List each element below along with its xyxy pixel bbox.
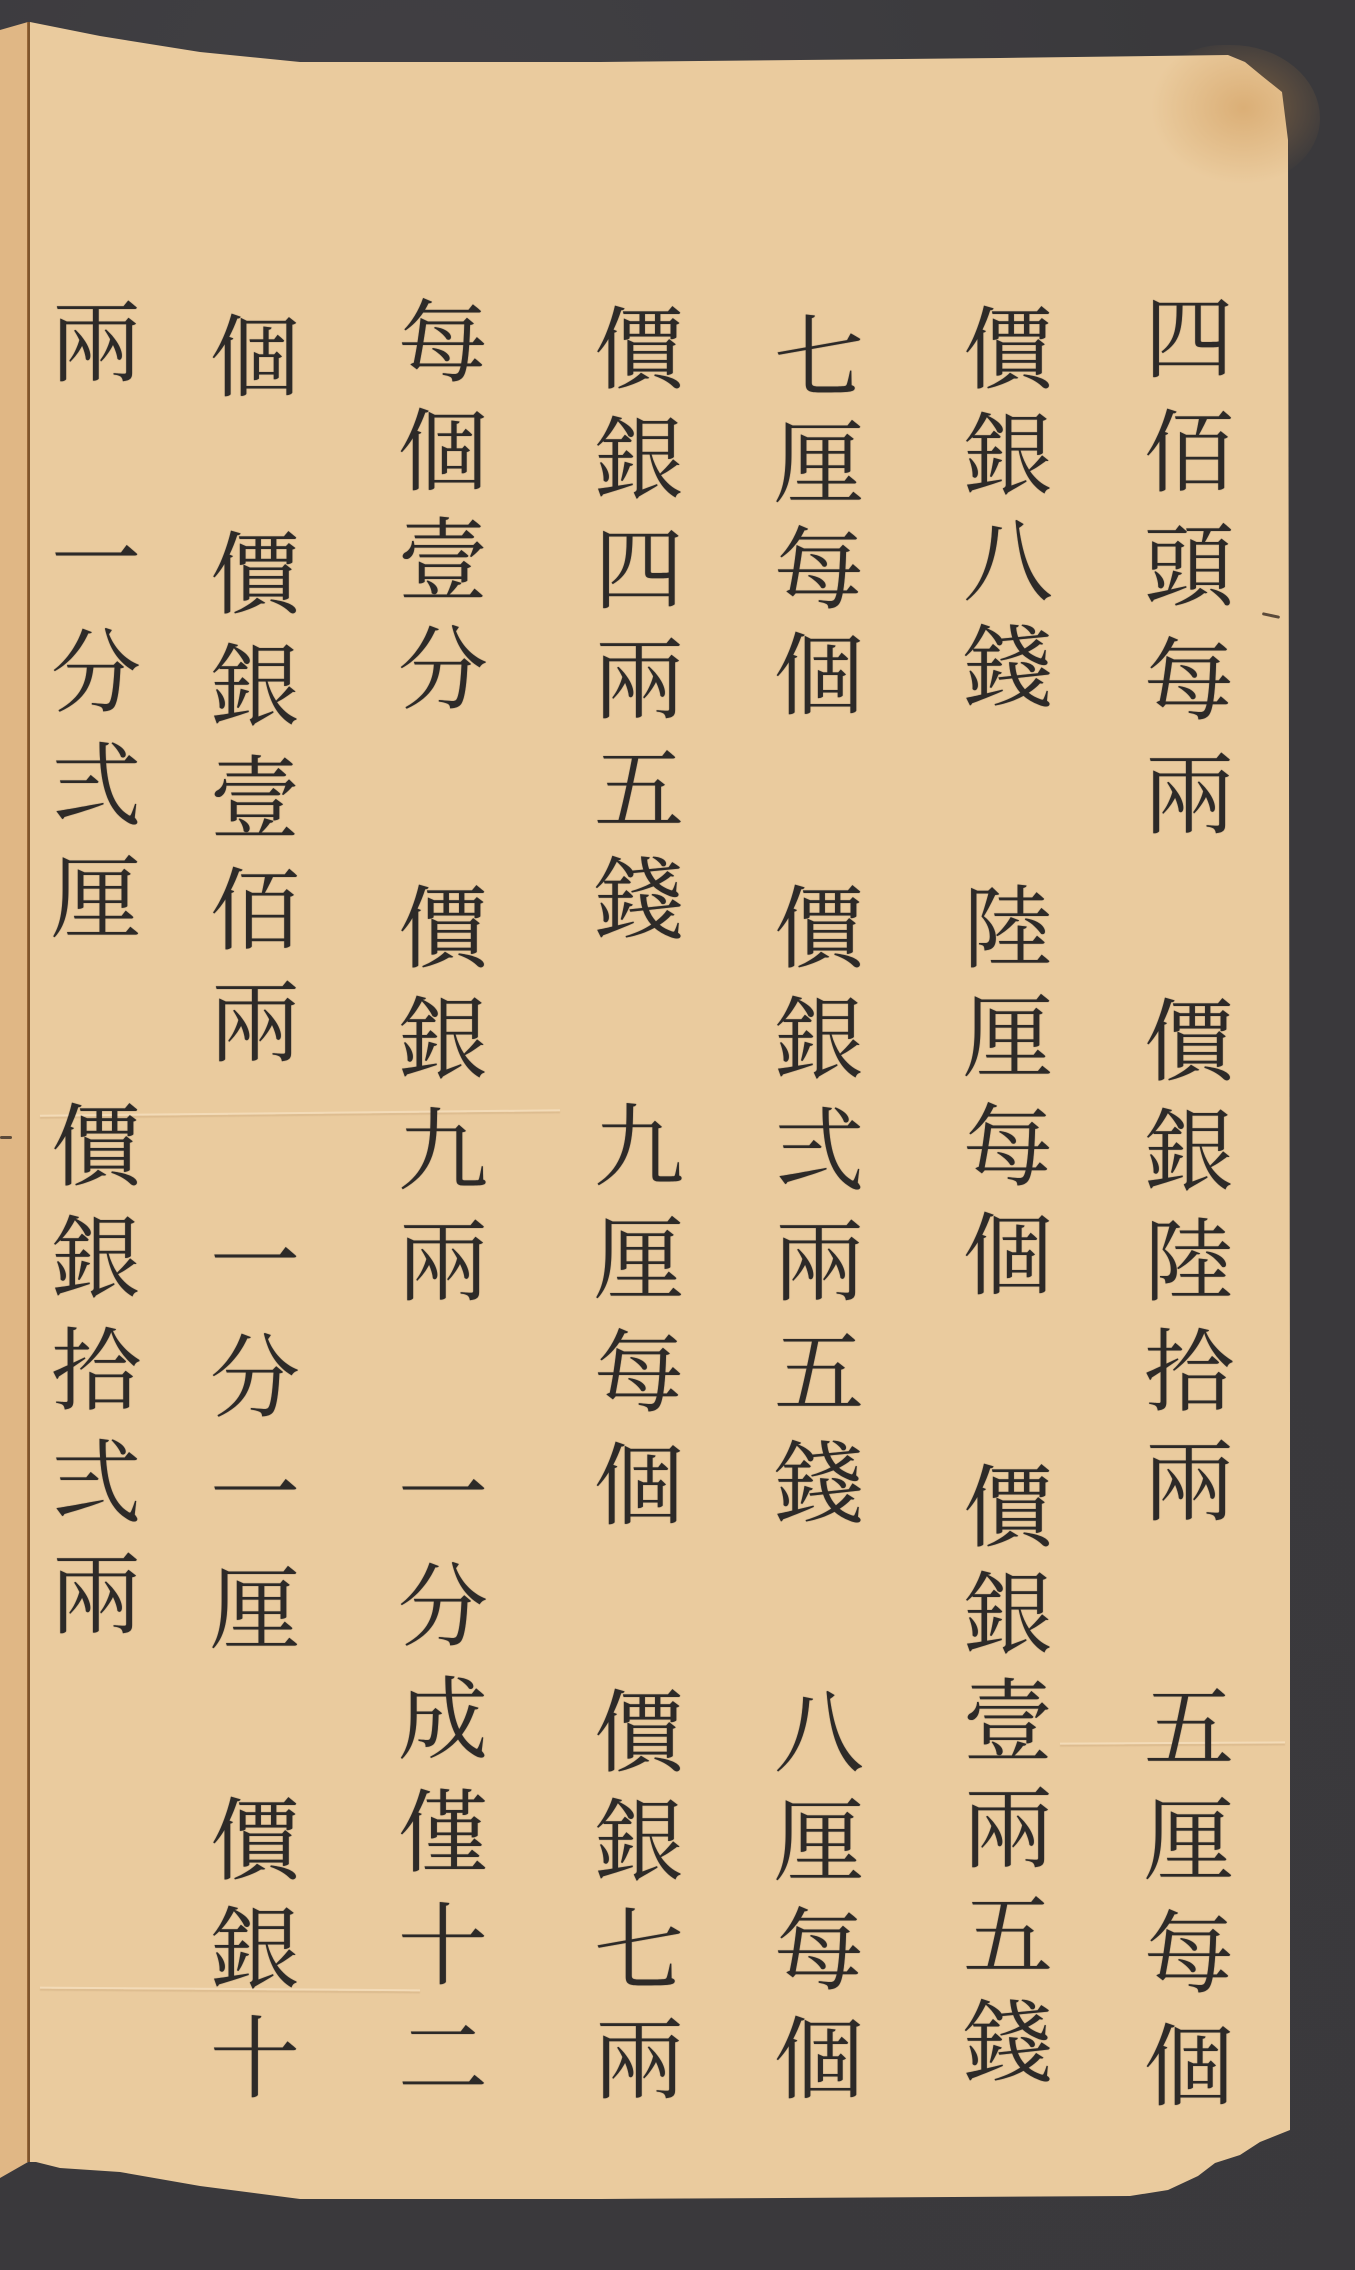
binding-gutter-line [27, 22, 30, 2162]
text-segment: 四佰頭每兩 [1135, 291, 1225, 861]
text-segment: 價銀四兩五錢 [585, 302, 675, 962]
text-segment: 一分弍厘 [42, 512, 132, 964]
text-segment: 每個壹分 [389, 295, 479, 731]
text-segment: 個 [201, 310, 291, 400]
text-segment: 價銀弍兩五錢 [765, 881, 855, 1547]
ink-tick-mark [0, 1136, 12, 1139]
text-segment: 七厘每個 [765, 310, 855, 734]
text-segment: 五厘每個 [1135, 1680, 1225, 2132]
scan-background: 四佰頭每兩 價銀陸拾兩 五厘每個 價銀八錢 陸厘每個 價銀壹兩五錢 七厘每個 價… [0, 0, 1355, 2270]
water-stain [1150, 45, 1320, 185]
text-segment: 價銀壹兩五錢 [954, 1460, 1044, 2102]
text-segment: 價銀九兩 [389, 881, 479, 1325]
text-segment: 價銀陸拾兩 [1135, 994, 1225, 1544]
text-segment: 價銀壹佰兩 [201, 527, 291, 1087]
text-segment: 八厘每個 [765, 1685, 855, 2121]
text-segment: 兩 [42, 295, 132, 385]
text-segment: 一分成僅十二 [389, 1446, 479, 2124]
text-segment: 價銀十 [201, 1793, 291, 2120]
text-segment: 價銀拾弍兩 [42, 1099, 132, 1659]
text-segment: 九厘每個 [585, 1099, 675, 1551]
text-segment: 價銀七兩 [585, 1685, 675, 2121]
text-segment: 陸厘每個 [954, 881, 1044, 1317]
text-segment: 價銀八錢 [954, 302, 1044, 726]
text-segment: 一分一厘 [201, 1214, 291, 1678]
